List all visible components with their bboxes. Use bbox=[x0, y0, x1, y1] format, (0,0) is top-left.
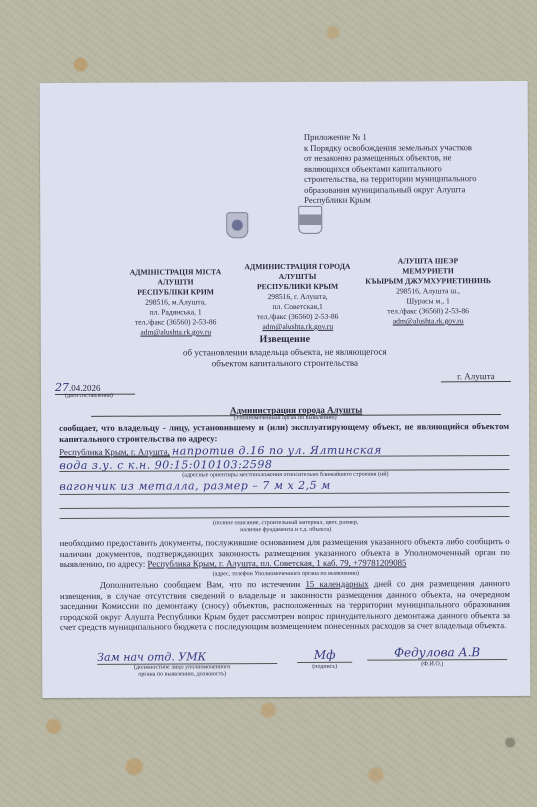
description-handwritten: вагончик из металла, размер – 7 м х 2,5 … bbox=[59, 479, 330, 493]
signature-caption: (подпись) bbox=[297, 664, 352, 670]
address-handwritten: напротив д.16 по ул. Ялтинская bbox=[172, 444, 382, 458]
date-caption: (дата составления) bbox=[65, 393, 113, 399]
organ-address: Республика Крым, г. Алушта, пл. Советска… bbox=[147, 558, 406, 569]
description-line-1: вагончик из металла, размер – 7 м х 2,5 … bbox=[59, 478, 509, 495]
crimea-coat-of-arms-icon bbox=[226, 212, 248, 238]
paragraph-text: Дополнительно сообщаем Вам, что по истеч… bbox=[100, 579, 306, 590]
org-address: Шурасы м., 1 bbox=[351, 296, 506, 307]
paragraph-intro: сообщает, что владельцу - лицу, установи… bbox=[59, 421, 509, 444]
notice-subtitle: об установлении владельца объекта, не яв… bbox=[41, 346, 529, 370]
paragraph-documents: необходимо предоставить документы, послу… bbox=[60, 536, 510, 570]
notice-paper: Приложение № 1 к Порядку освобождения зе… bbox=[40, 81, 531, 698]
caption-line: наличие фундамента и т.д. объекта) bbox=[42, 526, 530, 535]
city-field: г. Алушта bbox=[441, 371, 511, 382]
official-position-handwritten: Зам нач отд. УМК bbox=[97, 650, 277, 665]
org-block-crimean-tatar: АЛУШТА ШЕЭР МЕМУРИЕТИ КЪЫРЫМ ДЖУМХУРИЕТИ… bbox=[350, 256, 505, 327]
description-caption: (полное описание, строительный материал,… bbox=[42, 519, 530, 535]
full-name-handwritten: Федулова А.В bbox=[367, 645, 507, 661]
org-name: МЕМУРИЕТИ bbox=[350, 266, 505, 277]
address-line-2: вода з.у. с к.н. 90:15:010103:2598 bbox=[59, 457, 509, 472]
signature-handwritten: Мф bbox=[297, 648, 352, 663]
org-phone: тел./факс (36560) 2-53-86 bbox=[351, 306, 506, 317]
caption-line: органа по выявлению, должность) bbox=[102, 671, 262, 679]
paragraph-demolition: Дополнительно сообщаем Вам, что по истеч… bbox=[60, 578, 510, 633]
alushta-coat-of-arms-icon bbox=[298, 206, 322, 234]
org-name: КЪЫРЫМ ДЖУМХУРИЕТИНИНЬ bbox=[351, 276, 506, 287]
notice-title: Извещение bbox=[41, 333, 529, 346]
org-address: 298516, Алушта ш., bbox=[351, 286, 506, 297]
description-line-3 bbox=[60, 508, 510, 519]
address-line-1: Республика Крым, г. Алушта, напротив д.1… bbox=[59, 443, 509, 458]
full-name-caption: (Ф.И.О.) bbox=[382, 661, 482, 667]
position-caption: (должностное лицо уполномоченного органа… bbox=[102, 664, 262, 679]
date-printed: .04.2026 bbox=[69, 383, 101, 393]
cadastral-number-handwritten: вода з.у. с к.н. 90:15:010103:2598 bbox=[59, 458, 272, 472]
description-line-2 bbox=[59, 494, 509, 509]
address-printed: Республика Крым, г. Алушта, bbox=[59, 447, 170, 457]
org-email: adm@alushta.rk.gov.ru bbox=[351, 316, 506, 327]
annex-line: Республики Крым bbox=[304, 194, 524, 205]
subtitle-line: объектом капитального строительства bbox=[41, 357, 529, 370]
org-name: АЛУШТА ШЕЭР bbox=[350, 256, 505, 267]
deadline-days: 15 календарных bbox=[305, 579, 368, 589]
annex-header: Приложение № 1 к Порядку освобождения зе… bbox=[304, 131, 524, 205]
